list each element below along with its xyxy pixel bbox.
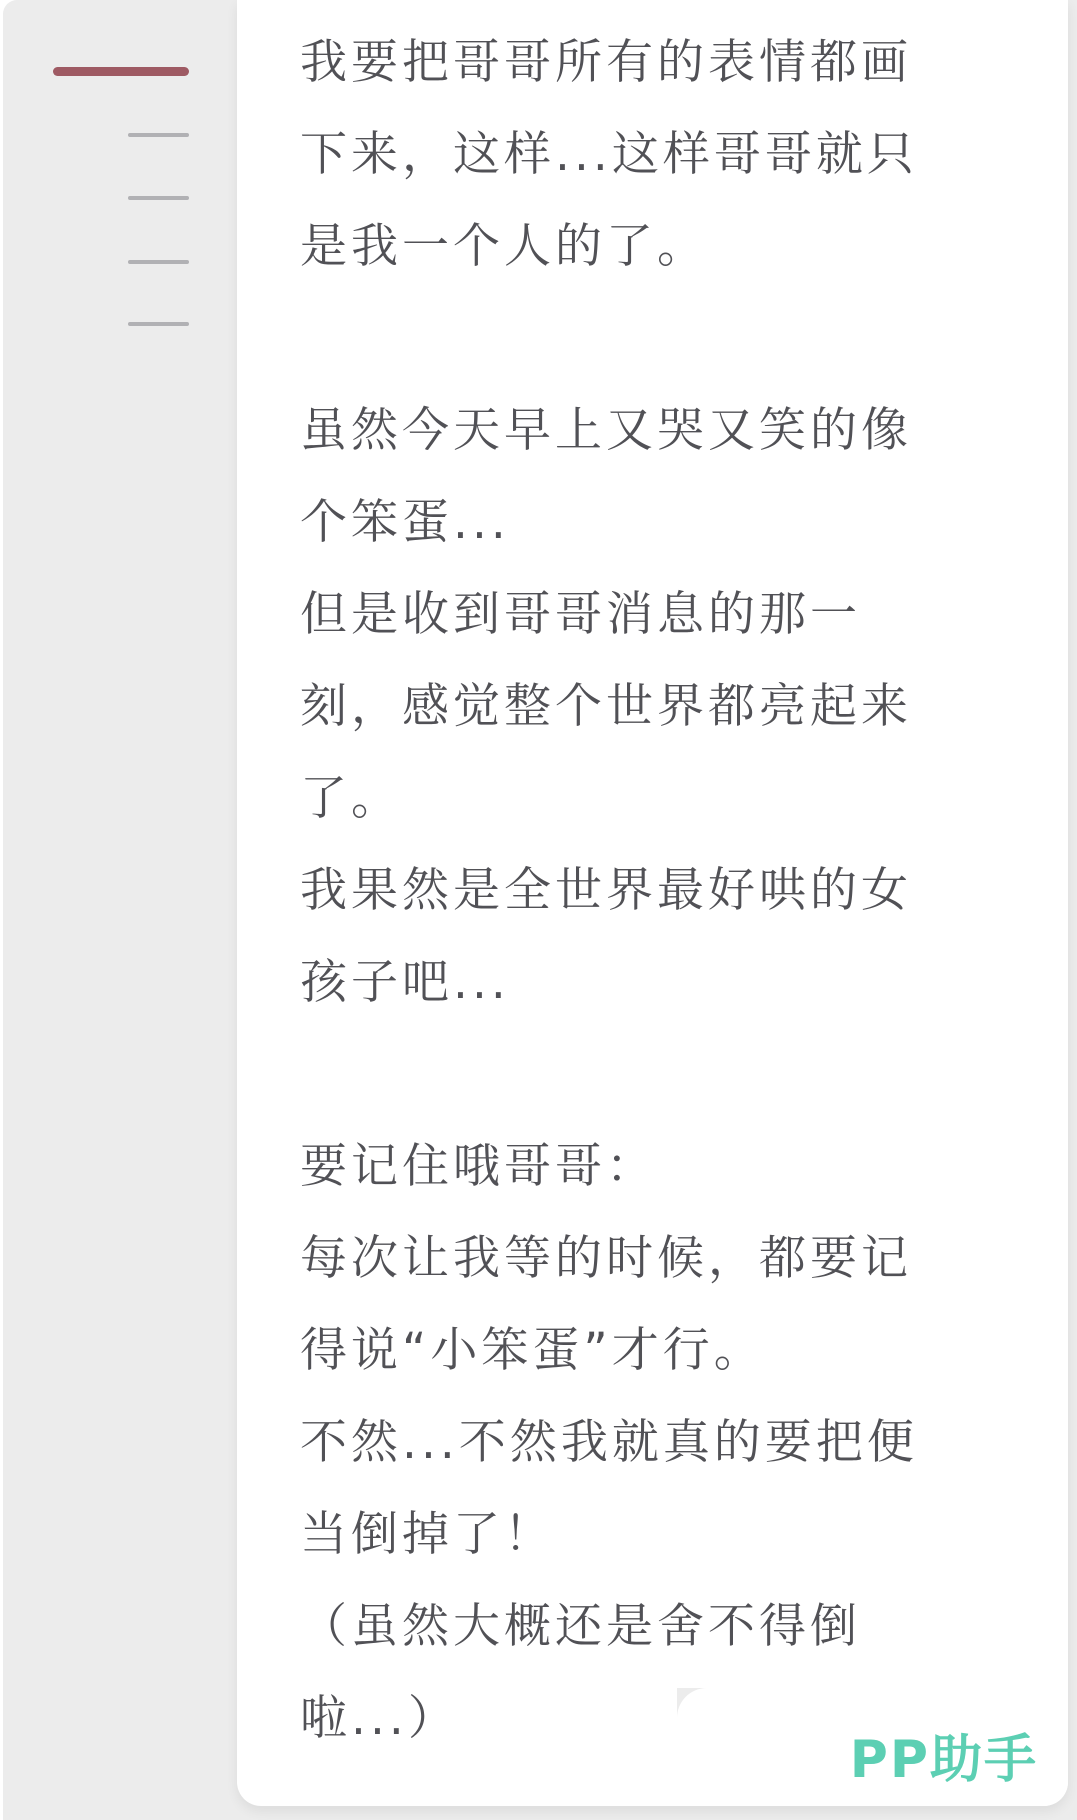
text-line: 我果然是全世界最好哄的女	[300, 845, 1010, 937]
text-line: 了。	[300, 753, 1010, 845]
story-text: 我要把哥哥所有的表情都画 下来，这样...这样哥哥就只 是我一个人的了。 虽然今…	[300, 17, 1010, 1765]
outline-tick[interactable]	[128, 260, 189, 264]
text-line: 当倒掉了！	[300, 1489, 1010, 1581]
text-line: 但是收到哥哥消息的那一	[300, 569, 1010, 661]
text-line: 不然...不然我就真的要把便	[300, 1397, 1010, 1489]
text-line: 每次让我等的时候，都要记	[300, 1213, 1010, 1305]
footer-card: PP助手	[677, 1688, 1068, 1806]
text-line: 孩子吧...	[300, 937, 1010, 1029]
text-line: 虽然今天早上又哭又笑的像	[300, 385, 1010, 477]
text-line: 个笨蛋...	[300, 477, 1010, 569]
reading-panel[interactable]: 我要把哥哥所有的表情都画 下来，这样...这样哥哥就只 是我一个人的了。 虽然今…	[237, 0, 1068, 1806]
current-position-indicator[interactable]	[53, 67, 189, 76]
outline-tick[interactable]	[128, 133, 189, 137]
paragraph-block: 我要把哥哥所有的表情都画 下来，这样...这样哥哥就只 是我一个人的了。	[300, 17, 1010, 293]
text-line: 要记住哦哥哥：	[300, 1121, 1010, 1213]
outline-tick[interactable]	[128, 196, 189, 200]
text-line: 是我一个人的了。	[300, 201, 1010, 293]
text-line: 我要把哥哥所有的表情都画	[300, 17, 1010, 109]
outline-tick[interactable]	[128, 322, 189, 326]
paragraph-block: 虽然今天早上又哭又笑的像 个笨蛋... 但是收到哥哥消息的那一 刻，感觉整个世界…	[300, 385, 1010, 1029]
text-line: 下来，这样...这样哥哥就只	[300, 109, 1010, 201]
reading-page: 我要把哥哥所有的表情都画 下来，这样...这样哥哥就只 是我一个人的了。 虽然今…	[0, 0, 1077, 1820]
text-line: 得说“小笨蛋”才行。	[300, 1305, 1010, 1397]
text-line: 刻，感觉整个世界都亮起来	[300, 661, 1010, 753]
text-line: （虽然大概还是舍不得倒	[300, 1581, 1010, 1673]
watermark: PP助手	[850, 1717, 1038, 1792]
paragraph-block: 要记住哦哥哥： 每次让我等的时候，都要记 得说“小笨蛋”才行。 不然...不然我…	[300, 1121, 1010, 1765]
